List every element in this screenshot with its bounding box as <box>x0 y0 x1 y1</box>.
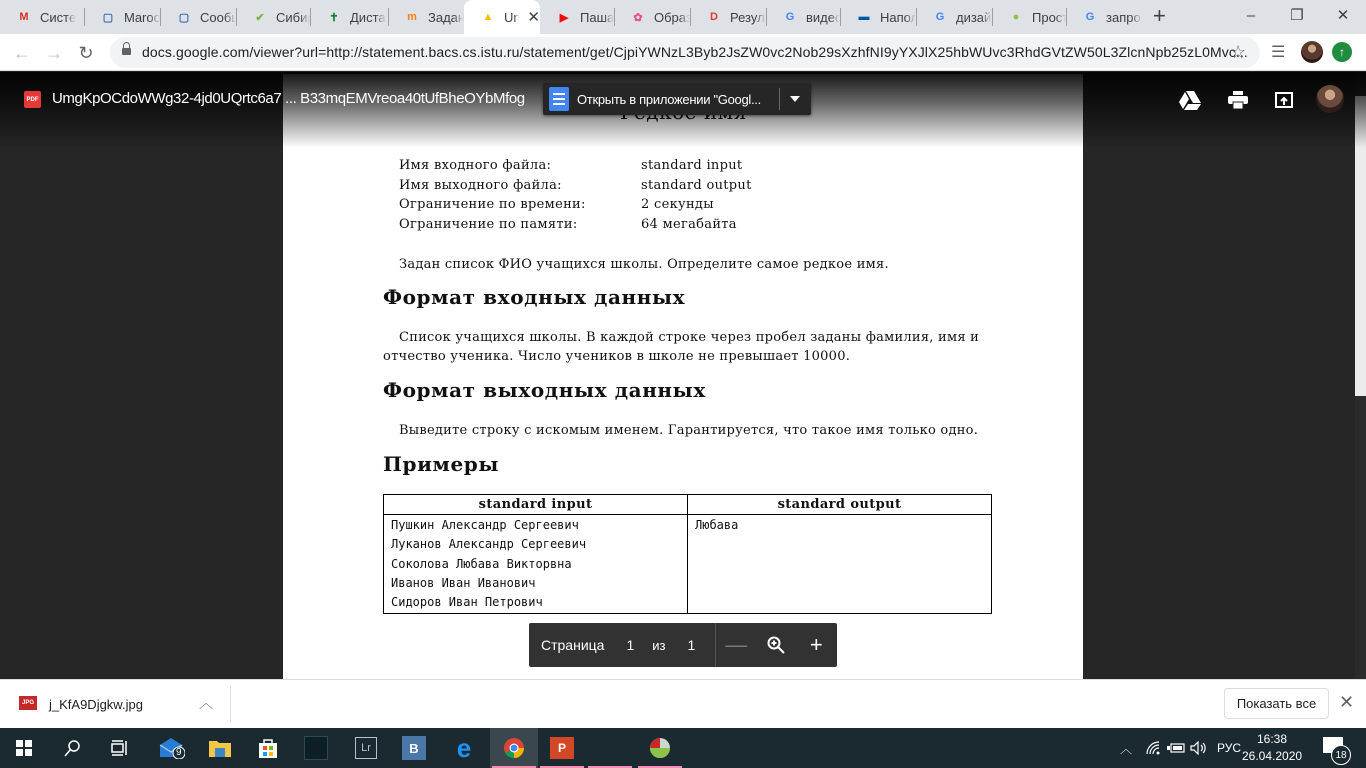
taskbar-store[interactable] <box>244 728 292 768</box>
browser-toolbar: ← → ↻ docs.google.com/viewer?url=http://… <box>0 34 1366 71</box>
arrow-right-icon: → <box>45 43 63 64</box>
search-button[interactable] <box>48 728 96 768</box>
task-view-button[interactable] <box>96 728 144 768</box>
volume-icon[interactable] <box>1190 728 1208 768</box>
browser-tab[interactable]: MСистем <box>0 0 84 34</box>
current-page-input[interactable]: 1 <box>626 637 634 653</box>
total-pages: 1 <box>687 637 695 653</box>
zoom-fit-button[interactable] <box>756 636 796 654</box>
date: 26.04.2020 <box>1242 748 1302 765</box>
meta-label: Ограничение по памяти: <box>399 217 578 232</box>
reload-icon: ↻ <box>78 43 93 64</box>
vk-icon: B <box>402 736 426 760</box>
example-input-line: Пушкин Александр Сергеевич <box>391 516 680 535</box>
browser-tab[interactable]: ▢Сообщ <box>160 0 236 34</box>
badge-icon: ✔ <box>252 9 268 25</box>
chevron-up-icon[interactable]: ︿ <box>199 693 213 713</box>
tab-title: Um <box>504 10 519 25</box>
folder-icon <box>209 739 231 757</box>
downloads-shelf: JPG j_KfA9Djgkw.jpg ︿ Показать все ✕ <box>0 679 1366 728</box>
browser-tab[interactable]: ▶Паша <box>540 0 614 34</box>
open-in-app-label: Открыть в приложении "Googl... <box>577 92 777 107</box>
android-icon: ● <box>1008 9 1024 25</box>
tab-title: видео <box>806 10 840 25</box>
wifi-icon[interactable] <box>1146 728 1162 768</box>
tab-title: Прост <box>1032 10 1066 25</box>
examples-heading: Примеры <box>383 452 499 476</box>
google-icon: G <box>782 9 798 25</box>
close-shelf-icon[interactable]: ✕ <box>1339 692 1354 713</box>
browser-tab[interactable]: ✿Образ <box>614 0 690 34</box>
tab-title: Систем <box>40 10 76 25</box>
print-icon <box>1228 91 1248 109</box>
pdf-file-icon: PDF <box>24 91 41 108</box>
open-in-app-button[interactable]: Открыть в приложении "Googl... <box>543 83 811 115</box>
back-button[interactable]: ← <box>9 40 35 66</box>
tab-title: Резуль <box>730 10 766 25</box>
meta-label: Имя выходного файла: <box>399 178 562 193</box>
column-header-input: standard input <box>384 495 688 515</box>
taskbar-app[interactable] <box>292 728 340 768</box>
windows-taskbar: 9 Lr B e P ︿ РУС 16:38 26.04.2020 18 <box>0 728 1366 768</box>
drive-icon: ▲ <box>480 9 496 25</box>
d-icon: D <box>706 9 722 25</box>
meta-value: standard input <box>641 158 742 173</box>
account-avatar[interactable] <box>1316 85 1344 113</box>
tab-title: Сибир <box>276 10 310 25</box>
chrome-icon <box>503 737 525 759</box>
meta-label: Имя входного файла: <box>399 158 551 173</box>
meta-value: 64 мегабайта <box>641 217 737 232</box>
output-format-text: Выведите строку с искомым именем. Гарант… <box>383 421 993 440</box>
close-window-button[interactable]: ✕ <box>1320 0 1366 30</box>
edge-icon: e <box>457 735 471 761</box>
mail-badge: 9 <box>176 747 182 758</box>
store-icon <box>259 738 277 758</box>
open-new-window-button[interactable] <box>1272 88 1296 112</box>
browser-tab[interactable]: Gдизайн <box>916 0 992 34</box>
clock[interactable]: 16:38 26.04.2020 <box>1242 731 1302 765</box>
notification-count: 18 <box>1331 745 1351 765</box>
taskbar-explorer[interactable] <box>196 728 244 768</box>
cross-icon: ✝ <box>326 9 342 25</box>
chevron-down-icon[interactable] <box>790 96 800 102</box>
tab-title: Напол <box>880 10 916 25</box>
tab-title: Maroo <box>124 10 160 25</box>
update-icon[interactable]: ↑ <box>1332 42 1352 62</box>
taskbar-mail[interactable]: 9 <box>148 728 196 768</box>
example-input-cell: Пушкин Александр СергеевичЛуканов Алекса… <box>384 515 688 614</box>
search-icon <box>64 740 80 757</box>
media-control-icon[interactable]: ☰ <box>1271 42 1285 62</box>
start-button[interactable] <box>0 728 48 768</box>
tab-title: запро <box>1106 10 1142 25</box>
meta-label: Ограничение по времени: <box>399 197 586 212</box>
powerpoint-icon: P <box>550 737 574 759</box>
close-tab-icon[interactable]: ✕ <box>527 8 540 26</box>
image-icon: ✿ <box>630 9 646 25</box>
print-button[interactable] <box>1226 88 1250 112</box>
battery-icon[interactable] <box>1167 728 1185 768</box>
zoom-out-button[interactable]: — <box>716 632 756 658</box>
page-of-label: из <box>652 638 665 653</box>
tab-title: Образ <box>654 10 690 25</box>
restore-button[interactable]: ❐ <box>1274 0 1320 30</box>
show-all-downloads-button[interactable]: Показать все <box>1224 688 1329 719</box>
show-hidden-icons[interactable]: ︿ <box>1120 728 1132 768</box>
language-indicator[interactable]: РУС <box>1217 728 1241 768</box>
browser-tab[interactable]: ✔Сибир <box>236 0 310 34</box>
meta-value: standard output <box>641 178 752 193</box>
minimize-button[interactable]: – <box>1228 0 1274 30</box>
bookmark-star-icon[interactable]: ☆ <box>1230 42 1246 63</box>
new-tab-button[interactable]: + <box>1153 5 1166 27</box>
taskbar-app[interactable] <box>636 728 684 768</box>
zoom-in-button[interactable]: + <box>796 632 836 658</box>
google-icon: G <box>932 9 948 25</box>
browser-tab[interactable]: Gзапро <box>1066 0 1146 34</box>
moodle-icon: m <box>404 9 420 25</box>
taskbar-app[interactable] <box>586 728 634 768</box>
browser-tab[interactable]: Gвидео <box>766 0 840 34</box>
example-input-line: Сидоров Иван Петрович <box>391 593 680 612</box>
app-icon <box>304 736 328 760</box>
lock-icon <box>122 46 131 57</box>
profile-avatar[interactable] <box>1301 41 1323 63</box>
example-output-line: Любава <box>695 516 984 535</box>
browser-tab[interactable]: mЗадани <box>388 0 464 34</box>
tab-title: Задани <box>428 10 464 25</box>
example-output-cell: Любава <box>688 515 992 614</box>
output-format-heading: Формат выходных данных <box>383 378 706 402</box>
meta-value: 2 секунды <box>641 197 714 212</box>
chat-icon: ▢ <box>100 9 116 25</box>
open-external-icon <box>1275 92 1293 108</box>
taskbar-chrome[interactable] <box>490 728 538 768</box>
windows-logo-icon <box>16 740 32 756</box>
drive-icon <box>1179 90 1201 110</box>
browser-tab[interactable]: ✝Дистан <box>310 0 388 34</box>
viewer-header: PDF UmgKpOCdoWWg32-4jd0UQrtc6a7 ... B33m… <box>0 72 1366 128</box>
browser-tab[interactable]: ▢Maroo <box>84 0 160 34</box>
ikea-icon: ▬ <box>856 9 872 25</box>
chat-icon: ▢ <box>176 9 192 25</box>
browser-tab[interactable]: ▲Um✕ <box>464 0 540 34</box>
scrollbar-thumb[interactable] <box>1355 96 1366 396</box>
taskbar-edge[interactable]: e <box>440 728 488 768</box>
example-input-line: Луканов Александр Сергеевич <box>391 535 680 554</box>
divider <box>230 686 231 722</box>
google-icon: G <box>1082 9 1098 25</box>
taskbar-lightroom[interactable]: Lr <box>342 728 390 768</box>
forward-button[interactable]: → <box>41 40 67 66</box>
browser-tab[interactable]: ▬Напол <box>840 0 916 34</box>
google-docs-icon <box>549 87 569 111</box>
pdf-viewer: Редкое имя Имя входного файла: standard … <box>0 72 1366 679</box>
url-text[interactable]: docs.google.com/viewer?url=http://statem… <box>142 44 1248 60</box>
zoom-magnifier-icon <box>767 636 785 654</box>
arrow-left-icon: ← <box>13 43 31 64</box>
input-format-text: Список учащихся школы. В каждой строке ч… <box>383 328 993 366</box>
tab-title: Сообщ <box>200 10 236 25</box>
page-label: Страница <box>541 637 604 653</box>
taskbar-vk[interactable]: B <box>390 728 438 768</box>
reload-button[interactable]: ↻ <box>73 40 99 66</box>
divider <box>779 88 780 110</box>
examples-table: standard input standard output Пушкин Ал… <box>383 494 992 614</box>
app-icon <box>649 737 671 759</box>
page-navigation: Страница 1 из 1 — + <box>529 623 837 667</box>
time: 16:38 <box>1242 731 1302 748</box>
lightroom-icon: Lr <box>355 737 377 759</box>
download-item[interactable]: j_KfA9Djgkw.jpg <box>49 697 143 712</box>
tab-title: Паша <box>580 10 614 25</box>
input-format-heading: Формат входных данных <box>383 285 685 309</box>
pdf-page: Редкое имя Имя входного файла: standard … <box>283 74 1083 694</box>
gmail-icon: M <box>16 9 32 25</box>
jpg-file-icon: JPG <box>19 696 37 710</box>
taskbar-powerpoint[interactable]: P <box>538 728 586 768</box>
browser-tab[interactable]: DРезуль <box>690 0 766 34</box>
tab-title: дизайн <box>956 10 992 25</box>
address-bar[interactable]: docs.google.com/viewer?url=http://statem… <box>110 37 1260 68</box>
tab-title: Дистан <box>350 10 386 25</box>
youtube-icon: ▶ <box>556 9 572 25</box>
column-header-output: standard output <box>688 495 992 515</box>
document-name: UmgKpOCdoWWg32-4jd0UQrtc6a7 ... B33mqEMV… <box>52 90 525 107</box>
statement-text: Задан список ФИО учащихся школы. Определ… <box>383 255 993 274</box>
add-to-drive-button[interactable] <box>1178 88 1202 112</box>
example-input-line: Иванов Иван Иванович <box>391 574 680 593</box>
example-input-line: Соколова Любава Викторвна <box>391 555 680 574</box>
browser-tab[interactable]: ●Прост <box>992 0 1066 34</box>
task-view-icon <box>111 740 129 756</box>
